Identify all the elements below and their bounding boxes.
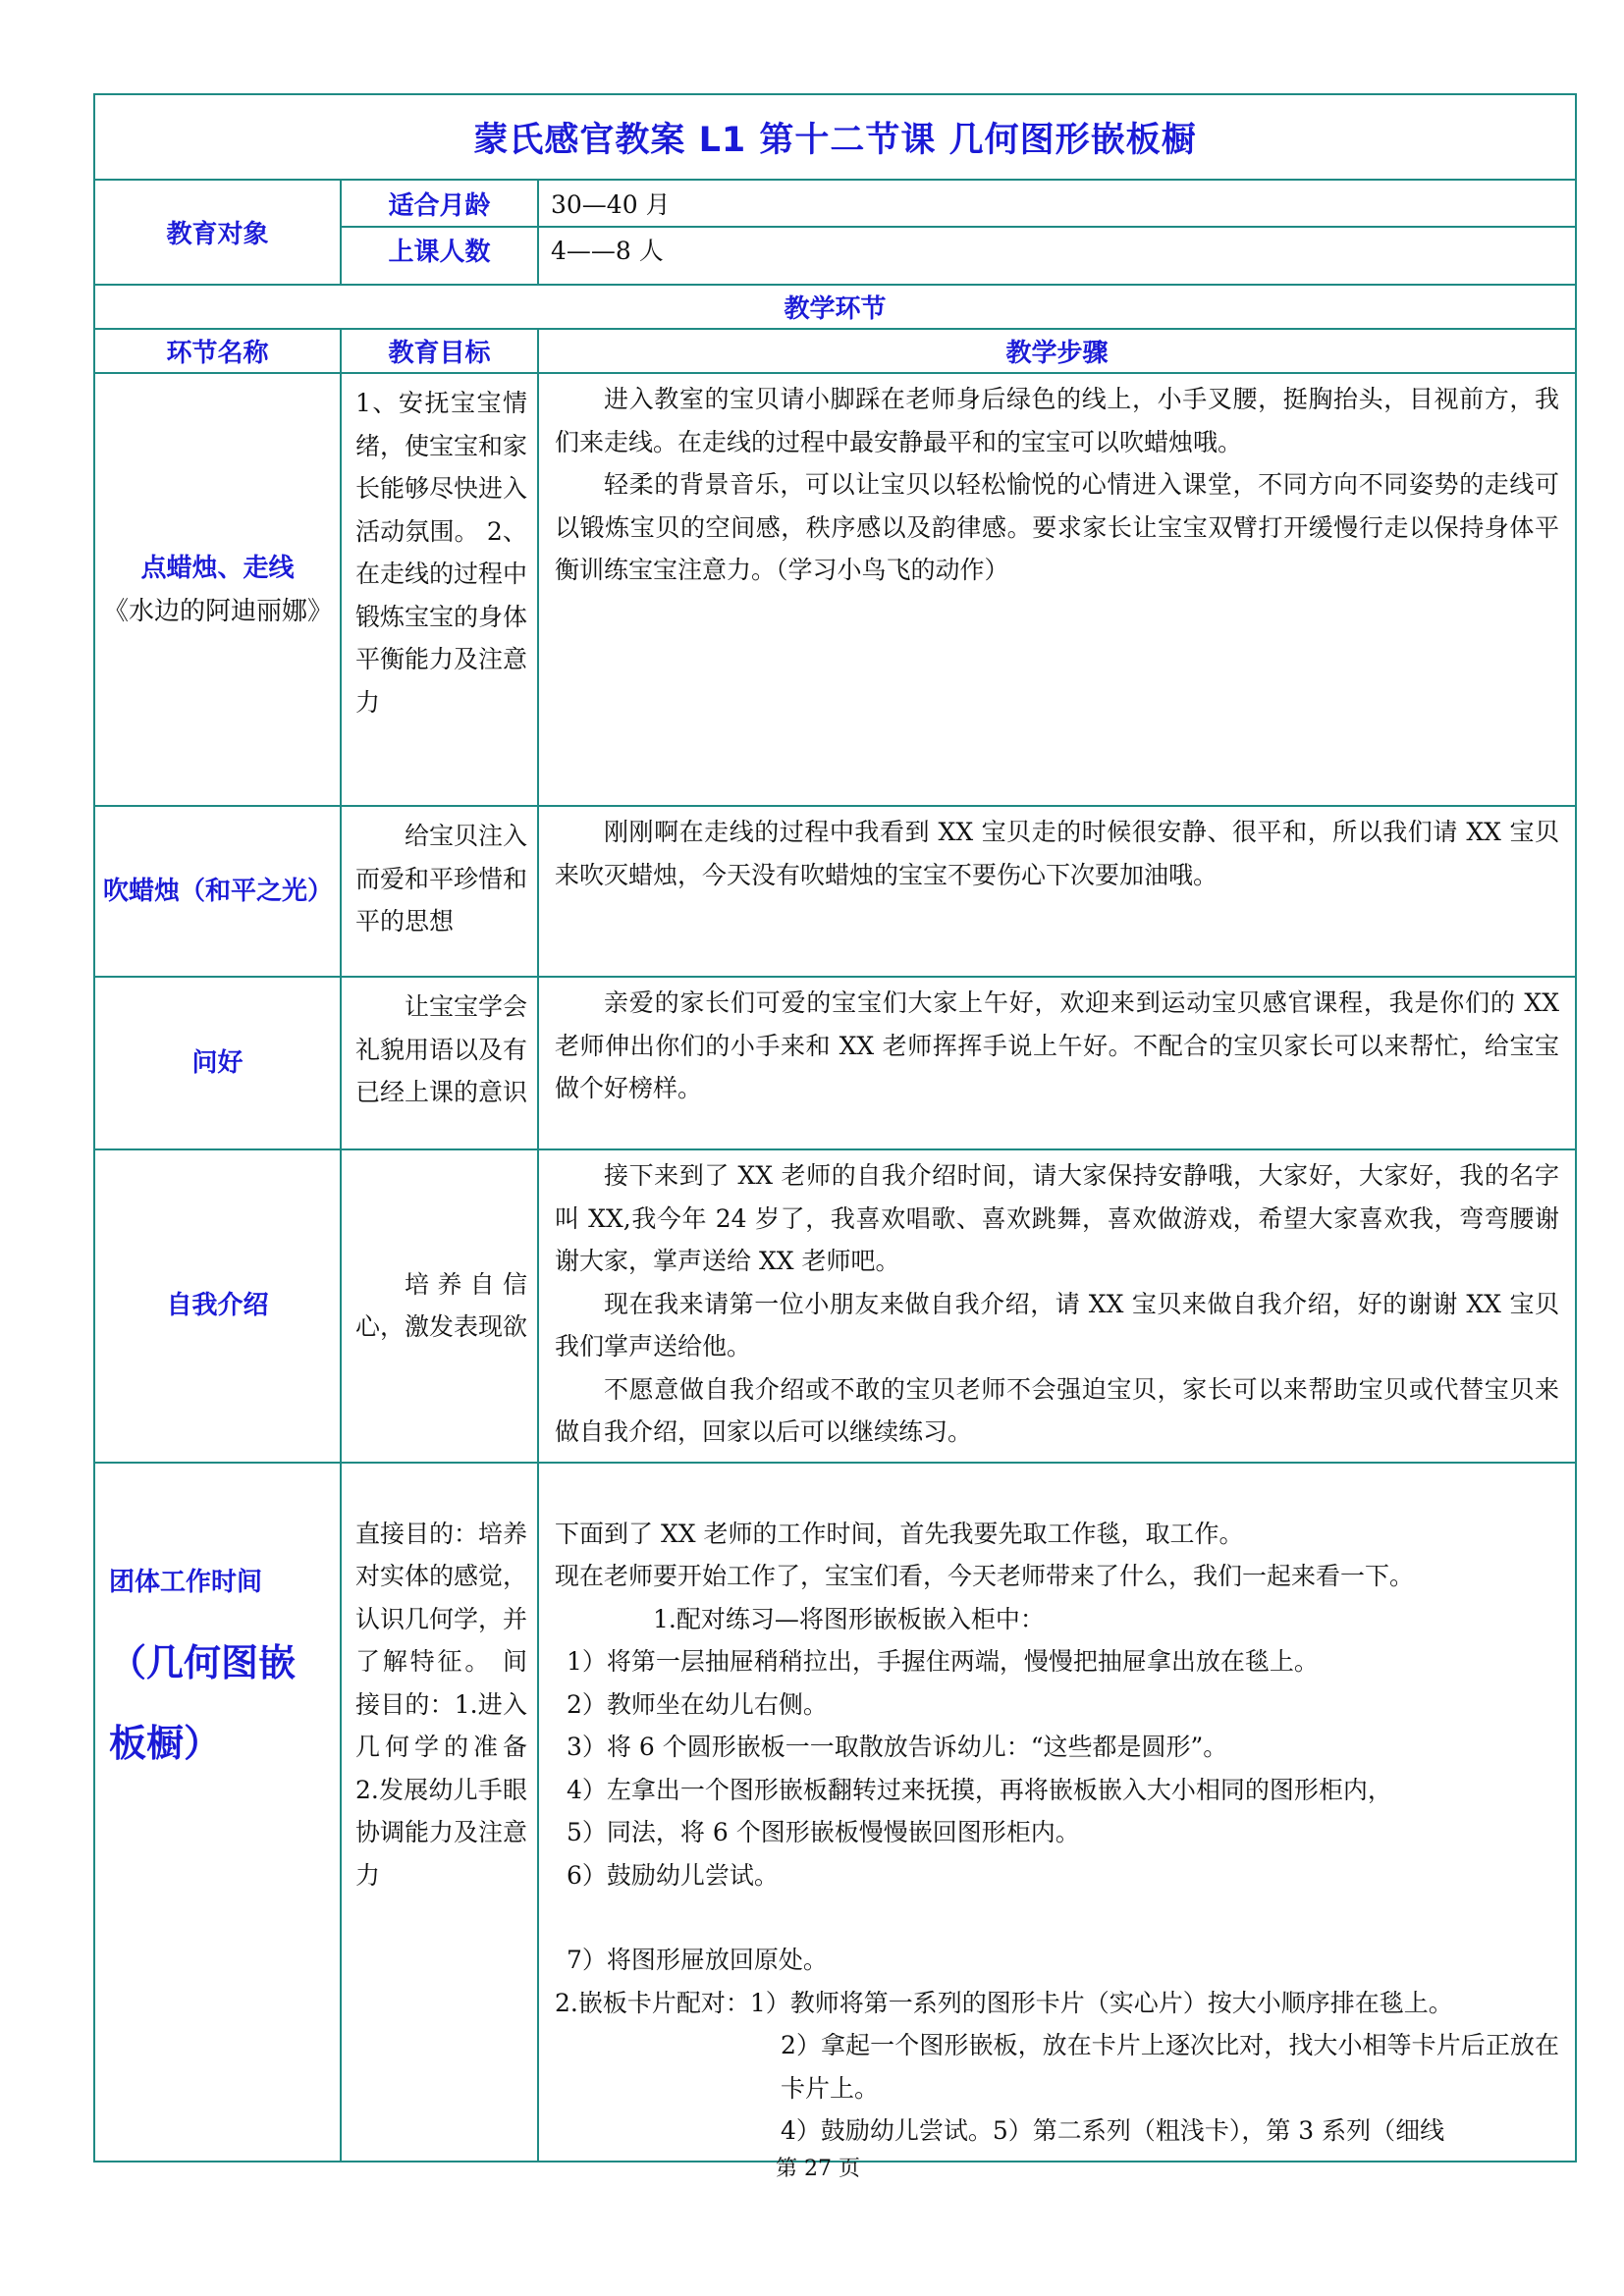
step-paragraph: 1.配对练习—将图形嵌板嵌入柜中： bbox=[555, 1598, 1559, 1641]
table-row: 吹蜡烛（和平之光） 给宝贝注入而爱和平珍惜和平的思想 刚刚啊在走线的过程中我看到… bbox=[94, 806, 1576, 977]
column-header-name: 环节名称 bbox=[94, 329, 341, 373]
stage-steps: 刚刚啊在走线的过程中我看到 XX 宝贝走的时候很安静、很平和，所以我们请 XX … bbox=[538, 806, 1576, 977]
count-value: 4——8 人 bbox=[538, 227, 1576, 285]
stage-name: 问好 bbox=[103, 1041, 332, 1085]
step-paragraph: 现在我来请第一位小朋友来做自我介绍，请 XX 宝贝来做自我介绍，好的谢谢 XX … bbox=[555, 1283, 1559, 1368]
step-paragraph: 不愿意做自我介绍或不敢的宝贝老师不会强迫宝贝，家长可以来帮助宝贝或代替宝贝来做自… bbox=[555, 1368, 1559, 1454]
step-paragraph: 下面到了 XX 老师的工作时间，首先我要先取工作毯，取工作。 bbox=[555, 1513, 1559, 1556]
stage-name-cell: 自我介绍 bbox=[94, 1149, 341, 1463]
age-label: 适合月龄 bbox=[341, 180, 538, 227]
step-paragraph: 轻柔的背景音乐，可以让宝贝以轻松愉悦的心情进入课堂，不同方向不同姿势的走线可以锻… bbox=[555, 463, 1559, 592]
stage-name-cell: 问好 bbox=[94, 977, 341, 1149]
step-paragraph: 2）拿起一个图形嵌板，放在卡片上逐次比对，找大小相等卡片后正放在卡片上。 bbox=[555, 2024, 1559, 2109]
column-header-goal: 教育目标 bbox=[341, 329, 538, 373]
step-paragraph: 现在老师要开始工作了，宝宝们看，今天老师带来了什么，我们一起来看一下。 bbox=[555, 1555, 1559, 1598]
table-row: 自我介绍 培养自信心，激发表现欲 接下来到了 XX 老师的自我介绍时间，请大家保… bbox=[94, 1149, 1576, 1463]
stage-steps: 下面到了 XX 老师的工作时间，首先我要先取工作毯，取工作。 现在老师要开始工作… bbox=[538, 1463, 1576, 2162]
step-paragraph: 2）教师坐在幼儿右侧。 bbox=[555, 1683, 1559, 1727]
step-spacer bbox=[555, 1896, 1559, 1939]
stage-goal: 1、安抚宝宝情绪，使宝宝和家长能够尽快进入活动氛围。 2、在走线的过程中锻炼宝宝… bbox=[341, 373, 538, 806]
stage-steps: 亲爱的家长们可爱的宝宝们大家上午好，欢迎来到运动宝贝感官课程，我是你们的 XX … bbox=[538, 977, 1576, 1149]
table-row: 问好 让宝宝学会礼貌用语以及有已经上课的意识 亲爱的家长们可爱的宝宝们大家上午好… bbox=[94, 977, 1576, 1149]
stage-music: 《水边的阿迪丽娜》 bbox=[103, 590, 332, 633]
section-header: 教学环节 bbox=[94, 285, 1576, 329]
step-paragraph: 进入教室的宝贝请小脚踩在老师身后绿色的线上，小手叉腰，挺胸抬头，目视前方，我们来… bbox=[555, 378, 1559, 463]
step-paragraph: 7）将图形屉放回原处。 bbox=[555, 1939, 1559, 1982]
stage-name: 吹蜡烛（和平之光） bbox=[103, 870, 332, 913]
stage-name-sub: （几何图嵌板橱） bbox=[109, 1623, 332, 1784]
lesson-plan-table: 蒙氏感官教案 L1 第十二节课 几何图形嵌板橱 教育对象 适合月龄 30—40 … bbox=[93, 93, 1577, 2163]
step-paragraph: 4）鼓励幼儿尝试。5）第二系列（粗浅卡），第 3 系列（细线 bbox=[555, 2109, 1559, 2153]
stage-name-cell: 团体工作时间 （几何图嵌板橱） bbox=[94, 1463, 341, 2162]
stage-name-cell: 点蜡烛、走线 《水边的阿迪丽娜》 bbox=[94, 373, 341, 806]
step-paragraph: 4）左拿出一个图形嵌板翻转过来抚摸，再将嵌板嵌入大小相同的图形柜内， bbox=[555, 1769, 1559, 1812]
table-row: 团体工作时间 （几何图嵌板橱） 直接目的：培养对实体的感觉，认识几何学，并了解特… bbox=[94, 1463, 1576, 2162]
step-paragraph: 2.嵌板卡片配对：1）教师将第一系列的图形卡片（实心片）按大小顺序排在毯上。 bbox=[555, 1982, 1559, 2025]
stage-name: 团体工作时间 bbox=[109, 1542, 332, 1623]
step-paragraph: 5）同法，将 6 个图形嵌板慢慢嵌回图形柜内。 bbox=[555, 1811, 1559, 1854]
document-title: 蒙氏感官教案 L1 第十二节课 几何图形嵌板橱 bbox=[94, 94, 1576, 180]
step-paragraph: 亲爱的家长们可爱的宝宝们大家上午好，欢迎来到运动宝贝感官课程，我是你们的 XX … bbox=[555, 982, 1559, 1110]
step-paragraph: 1）将第一层抽屉稍稍拉出，手握住两端，慢慢把抽屉拿出放在毯上。 bbox=[555, 1640, 1559, 1683]
stage-goal: 直接目的：培养对实体的感觉，认识几何学，并了解特征。 间接目的：1.进入几何学的… bbox=[341, 1463, 538, 2162]
age-value: 30—40 月 bbox=[538, 180, 1576, 227]
stage-name: 自我介绍 bbox=[103, 1284, 332, 1327]
step-paragraph: 6）鼓励幼儿尝试。 bbox=[555, 1854, 1559, 1897]
stage-goal: 培养自信心，激发表现欲 bbox=[341, 1149, 538, 1463]
column-header-steps: 教学步骤 bbox=[538, 329, 1576, 373]
page-number: 第 27 页 bbox=[776, 2152, 860, 2182]
stage-steps: 接下来到了 XX 老师的自我介绍时间，请大家保持安静哦，大家好，大家好，我的名字… bbox=[538, 1149, 1576, 1463]
table-row: 点蜡烛、走线 《水边的阿迪丽娜》 1、安抚宝宝情绪，使宝宝和家长能够尽快进入活动… bbox=[94, 373, 1576, 806]
stage-name: 点蜡烛、走线 bbox=[103, 547, 332, 590]
audience-label: 教育对象 bbox=[94, 180, 341, 285]
count-label: 上课人数 bbox=[341, 227, 538, 285]
stage-goal: 给宝贝注入而爱和平珍惜和平的思想 bbox=[341, 806, 538, 977]
step-paragraph: 3）将 6 个圆形嵌板一一取散放告诉幼儿：“这些都是圆形”。 bbox=[555, 1726, 1559, 1769]
step-paragraph: 刚刚啊在走线的过程中我看到 XX 宝贝走的时候很安静、很平和，所以我们请 XX … bbox=[555, 811, 1559, 896]
step-paragraph: 接下来到了 XX 老师的自我介绍时间，请大家保持安静哦，大家好，大家好，我的名字… bbox=[555, 1154, 1559, 1283]
stage-name-cell: 吹蜡烛（和平之光） bbox=[94, 806, 341, 977]
stage-steps: 进入教室的宝贝请小脚踩在老师身后绿色的线上，小手叉腰，挺胸抬头，目视前方，我们来… bbox=[538, 373, 1576, 806]
stage-goal: 让宝宝学会礼貌用语以及有已经上课的意识 bbox=[341, 977, 538, 1149]
